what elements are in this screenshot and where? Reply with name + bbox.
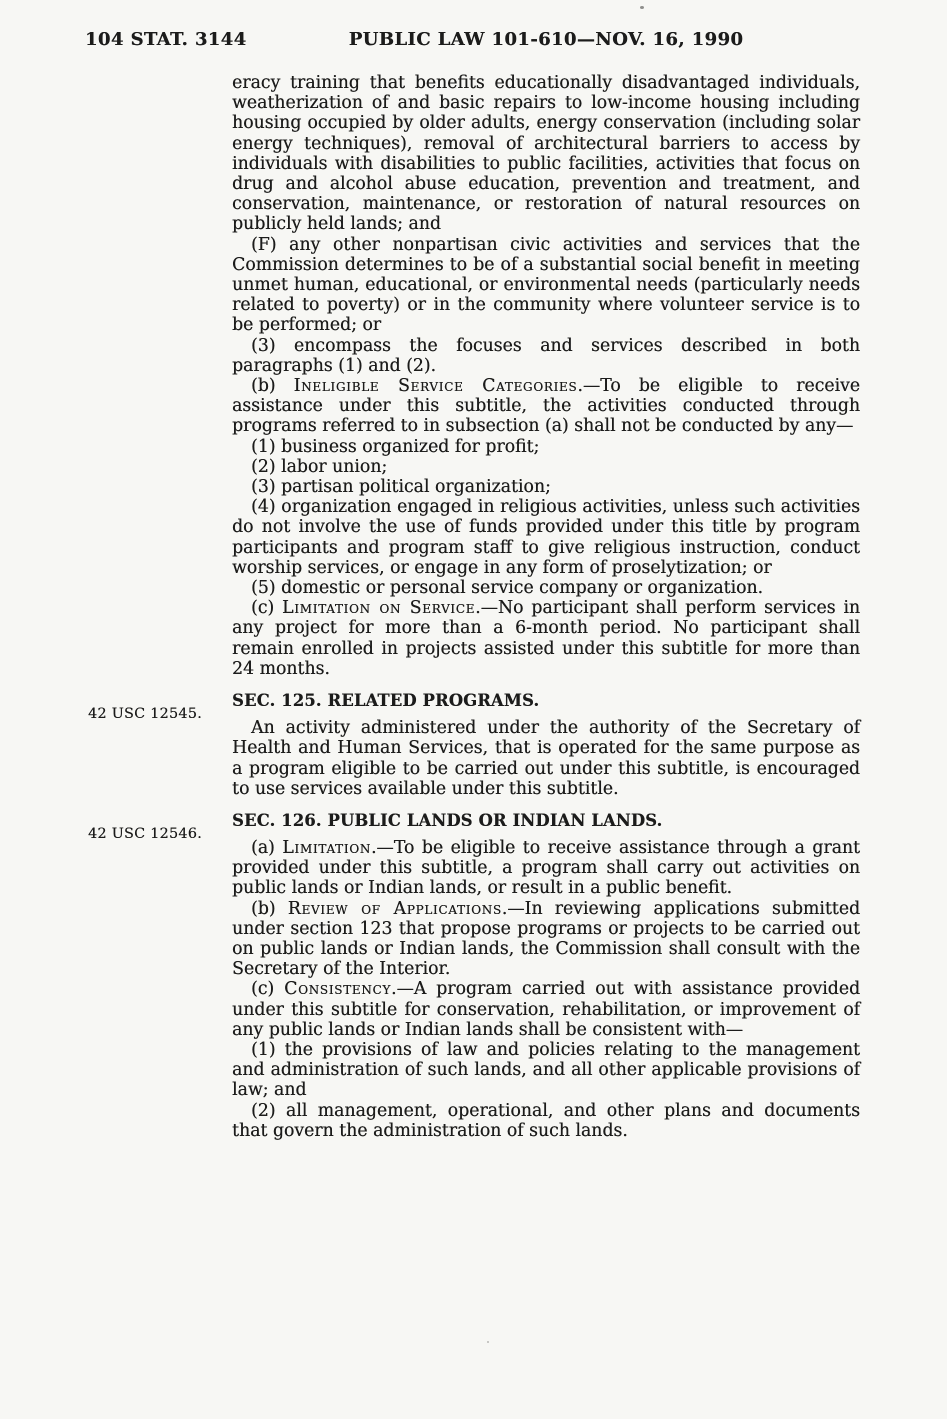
subsection-c-consistency: (c) Consistency.—A program carried out w…: [232, 979, 860, 1040]
subsection-label: (a): [251, 838, 282, 858]
ineligible-item-3: (3) partisan political organization;: [232, 477, 860, 497]
subsection-label: (c): [251, 598, 282, 618]
scan-speck: [487, 1341, 489, 1343]
consistency-item-1: (1) the provisions of law and policies r…: [232, 1040, 860, 1101]
scan-speck: [640, 6, 644, 9]
paragraph-3: (3) encompass the focuses and services d…: [232, 336, 860, 376]
section-126-heading: SEC. 126. PUBLIC LANDS OR INDIAN LANDS.: [232, 811, 860, 831]
ineligible-item-4: (4) organization engaged in religious ac…: [232, 497, 860, 578]
subsection-title: Limitation: [282, 838, 371, 858]
subsection-c-limitation-on-service: (c) Limitation on Service.—No participan…: [232, 598, 860, 679]
statute-page-scan: 104 STAT. 3144 PUBLIC LAW 101-610—NOV. 1…: [0, 0, 947, 1419]
subsection-title: Consistency: [284, 979, 391, 999]
subsection-label: (b): [251, 899, 288, 919]
subparagraph-f: (F) any other nonpartisan civic activiti…: [232, 235, 860, 336]
law-title-header: PUBLIC LAW 101-610—NOV. 16, 1990: [232, 29, 860, 50]
paragraph-continuation: eracy training that benefits educational…: [232, 73, 860, 235]
ineligible-item-1: (1) business organized for profit;: [232, 437, 860, 457]
section-125-heading: SEC. 125. RELATED PROGRAMS.: [232, 691, 860, 711]
usc-margin-note-12546: 42 USC 12546.: [88, 825, 228, 843]
stat-page-number: 104 STAT. 3144: [85, 29, 247, 50]
subsection-a-limitation: (a) Limitation.—To be eligible to receiv…: [232, 838, 860, 899]
subsection-b-review-of-applications: (b) Review of Applications.—In reviewing…: [232, 899, 860, 980]
consistency-item-2: (2) all management, operational, and oth…: [232, 1101, 860, 1141]
subsection-title: Ineligible Service Categories: [294, 376, 578, 396]
section-125: 42 USC 12545. SEC. 125. RELATED PROGRAMS…: [232, 691, 860, 799]
usc-margin-note-12545: 42 USC 12545.: [88, 705, 228, 723]
subsection-b-ineligible-service-categories: (b) Ineligible Service Categories.—To be…: [232, 376, 860, 437]
subsection-label: (c): [251, 979, 284, 999]
section-125-body: An activity administered under the autho…: [232, 718, 860, 799]
section-126: 42 USC 12546. SEC. 126. PUBLIC LANDS OR …: [232, 811, 860, 1141]
subsection-label: (b): [251, 376, 294, 396]
subsection-title: Review of Applications: [288, 899, 502, 919]
statute-text-column: eracy training that benefits educational…: [232, 73, 860, 1141]
ineligible-item-2: (2) labor union;: [232, 457, 860, 477]
subsection-title: Limitation on Service: [282, 598, 475, 618]
ineligible-item-5: (5) domestic or personal service company…: [232, 578, 860, 598]
